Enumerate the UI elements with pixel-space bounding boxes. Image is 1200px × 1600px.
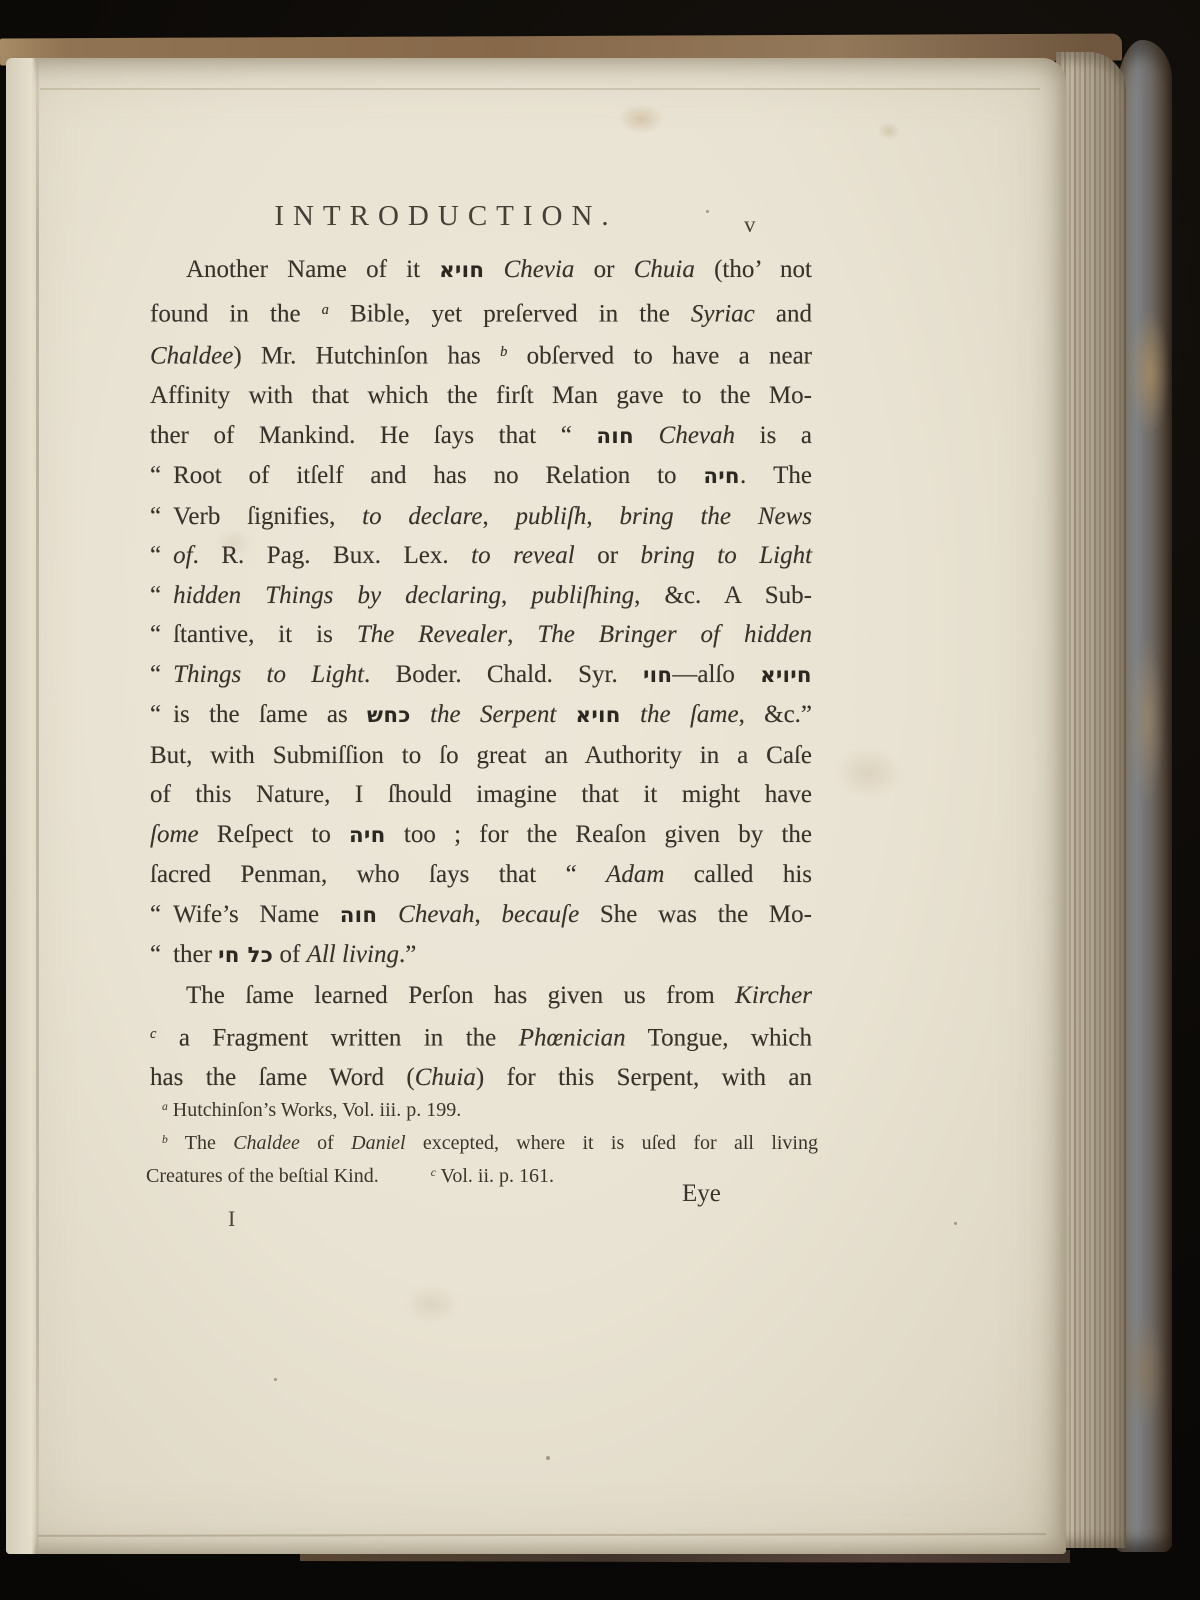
text-segment: ther of Mankind. He ſays that “ [150, 422, 596, 449]
text-segment: The ſame learned Perſon has given us fro… [186, 982, 735, 1009]
text-segment: publiſhing [531, 582, 634, 609]
paper-stain [402, 1284, 462, 1324]
text-segment [621, 701, 640, 728]
text-line: Another Name of it חויא Chevia or Chuia … [150, 250, 812, 291]
text-line: ſacred Penman, who ſays that “ Adam call… [150, 855, 812, 895]
text-segment: Things to Light [173, 661, 364, 688]
text-segment: to declare [362, 503, 482, 530]
hebrew-word: כל חי [218, 943, 273, 967]
paper-stain [878, 122, 900, 140]
text-line: “of. R. Pag. Bux. Lex. to reveal or brin… [150, 536, 812, 576]
text-segment: The Revealer [357, 621, 507, 648]
text-segment: Chevah [659, 422, 735, 449]
body-text: Another Name of it חויא Chevia or Chuia … [150, 250, 812, 1097]
text-segment: The Bringer of hidden [537, 621, 812, 648]
text-line: Affinity with that which the firſt Man g… [150, 376, 812, 416]
gutter-page-edge [6, 58, 36, 1554]
paper-speck [274, 1378, 277, 1381]
text-line: “Wife’s Name חוה Chevah, becauſe She was… [150, 895, 812, 936]
text-line: of this Nature, I ſhould imagine that it… [150, 775, 812, 815]
text-line: c a Fragment written in the Phœnician To… [150, 1015, 812, 1058]
text-segment: , [482, 503, 515, 530]
text-segment: of [173, 542, 192, 569]
text-segment: Wife’s Name [173, 901, 340, 928]
text-segment: Chevia [504, 256, 575, 283]
quote-mark: “ [150, 503, 173, 530]
text-segment: .” [399, 941, 416, 968]
text-segment: hidden Things by declaring [173, 582, 501, 609]
text-segment: obſerved to have a near [507, 343, 812, 370]
text-line: “is the ſame as כחש the Serpent חויא the… [150, 695, 812, 736]
text-segment: . R. Pag. Bux. Lex. [193, 542, 472, 569]
text-segment: Phœnician [519, 1024, 626, 1051]
quote-mark: “ [150, 941, 173, 968]
text-segment: , [475, 901, 502, 928]
text-segment: But, with Submiſſion to ſo great an Auth… [150, 742, 812, 769]
text-segment: ) for this Serpent, with an [476, 1064, 812, 1091]
page-number: v [744, 212, 756, 238]
book-page: INTRODUCTION. v Another Name of it חויא … [6, 58, 1066, 1554]
text-segment: publiſh [516, 503, 587, 530]
catchword: Eye [682, 1180, 721, 1208]
text-segment: . Boder. Chald. Syr. [364, 661, 643, 688]
text-segment: ſome [150, 821, 199, 848]
text-segment: Creatures of the beſtial Kind. [146, 1164, 379, 1186]
text-segment: Adam [606, 861, 664, 888]
text-segment: Chuia [415, 1064, 476, 1091]
footnote-section: a Hutchinſon’s Works, Vol. iii. p. 199.b… [146, 1092, 818, 1190]
text-segment: Daniel [351, 1132, 405, 1154]
text-segment: All living [307, 941, 399, 968]
text-line: found in the a Bible, yet preſerved in t… [150, 291, 812, 334]
text-segment: or [574, 256, 633, 283]
text-segment: ) Mr. Hutchinſon has [233, 343, 500, 370]
paper-speck [954, 1222, 957, 1225]
page-stack-edge [1056, 52, 1126, 1548]
quote-mark: “ [150, 582, 173, 609]
text-segment: Root of itſelf and has no Relation to [173, 462, 703, 489]
text-segment: She was the Mo- [579, 901, 812, 928]
footnote-line: a Hutchinſon’s Works, Vol. iii. p. 199. [146, 1092, 818, 1125]
text-line: “ſtantive, it is The Revealer, The Bring… [150, 615, 812, 655]
paper-stain [618, 104, 664, 134]
quote-mark: “ [150, 701, 173, 728]
text-segment: , [507, 621, 537, 648]
bottom-crease [38, 1533, 1046, 1537]
text-segment: Verb ſignifies, [173, 503, 362, 530]
text-segment: ther [173, 941, 218, 968]
top-crease [40, 88, 1040, 90]
text-line: Chaldee) Mr. Hutchinſon has b obſerved t… [150, 333, 812, 376]
text-segment: to reveal [471, 542, 575, 569]
text-segment: , &c.” [739, 701, 812, 728]
text-segment: becauſe [501, 901, 579, 928]
quote-mark: “ [150, 661, 173, 688]
text-segment: called his [664, 861, 812, 888]
text-segment: the Serpent [430, 701, 556, 728]
hebrew-word: חיה [349, 823, 386, 847]
hebrew-word: חויא [576, 703, 621, 727]
text-segment [634, 422, 659, 449]
text-segment: bring the News [619, 503, 812, 530]
hebrew-word: כחש [367, 703, 411, 727]
text-segment: The [168, 1132, 233, 1154]
text-segment: bring to Light [641, 542, 812, 569]
text-segment: or [575, 542, 641, 569]
text-segment: Chuia [634, 256, 695, 283]
quote-mark: “ [150, 462, 173, 489]
text-line: “hidden Things by declaring, publiſhing,… [150, 576, 812, 616]
text-line: “ther כל חי of All living.” [150, 935, 812, 976]
text-segment: Chaldee [150, 343, 233, 370]
text-segment: Affinity with that which the firſt Man g… [150, 382, 812, 409]
text-segment [411, 701, 430, 728]
footnote-line: b The Chaldee of Daniel excepted, where … [146, 1125, 818, 1158]
text-segment: excepted, where it is uſed for all livin… [406, 1132, 818, 1154]
text-segment: the ſame [640, 701, 738, 728]
text-segment: Vol. ii. p. 161. [436, 1164, 554, 1186]
text-segment: , [586, 503, 619, 530]
text-segment: has the ſame Word ( [150, 1064, 415, 1091]
hebrew-word: חוה [596, 424, 634, 448]
text-segment: (tho’ not [695, 256, 812, 283]
text-segment: a Fragment written in the [156, 1024, 518, 1051]
text-segment: Kircher [735, 982, 812, 1009]
text-segment: ſtantive, it is [173, 621, 357, 648]
signature-mark: I [228, 1206, 235, 1232]
text-segment [377, 901, 398, 928]
text-line: “Verb ſignifies, to declare, publiſh, br… [150, 497, 812, 537]
text-segment [484, 256, 503, 283]
text-segment: , [501, 582, 531, 609]
text-segment: Hutchinſon’s Works, Vol. iii. p. 199. [168, 1099, 461, 1121]
quote-mark: “ [150, 621, 173, 648]
text-line: ther of Mankind. He ſays that “ חוה Chev… [150, 416, 812, 457]
paper-stain [834, 746, 904, 800]
hebrew-word: חיויא [760, 663, 812, 687]
text-line: ſome Reſpect to חיה too ; for the Reaſon… [150, 815, 812, 856]
text-segment: —alſo [672, 661, 760, 688]
text-segment: . The [740, 462, 812, 489]
page-header: INTRODUCTION. v [150, 200, 812, 252]
text-segment: Chaldee [233, 1132, 300, 1154]
text-segment: of [273, 941, 306, 968]
text-segment: is the ſame as [173, 701, 367, 728]
text-segment: Reſpect to [199, 821, 350, 848]
text-segment: is a [735, 422, 812, 449]
text-segment: found in the [150, 300, 322, 327]
quote-mark: “ [150, 542, 173, 569]
page-title: INTRODUCTION. [150, 200, 742, 233]
text-segment: and [755, 300, 812, 327]
text-line: The ſame learned Perſon has given us fro… [150, 976, 812, 1016]
text-segment: ſacred Penman, who ſays that “ [150, 861, 606, 888]
book-photo: INTRODUCTION. v Another Name of it חויא … [0, 0, 1200, 1600]
text-segment: , &c. A Sub- [634, 582, 812, 609]
text-segment: too ; for the Reaſon given by the [386, 821, 812, 848]
text-segment: Tongue, which [626, 1024, 812, 1051]
text-line: But, with Submiſſion to ſo great an Auth… [150, 736, 812, 776]
text-segment: of [300, 1132, 351, 1154]
text-segment: of this Nature, I ſhould imagine that it… [150, 781, 812, 808]
hebrew-word: חויא [439, 258, 484, 282]
paper-speck [546, 1456, 550, 1460]
text-segment [556, 701, 575, 728]
quote-mark: “ [150, 901, 173, 928]
hebrew-word: חוי [643, 663, 672, 687]
text-line: “Things to Light. Boder. Chald. Syr. חוי… [150, 655, 812, 696]
text-segment: Another Name of it [186, 256, 439, 283]
text-segment: Syriac [691, 300, 755, 327]
hebrew-word: חוה [340, 903, 378, 927]
hebrew-word: חיה [703, 464, 740, 488]
text-segment: Chevah [398, 901, 474, 928]
footnote-marker: a [322, 302, 329, 318]
text-line: “Root of itſelf and has no Relation to ח… [150, 456, 812, 497]
left-crease [36, 62, 39, 1548]
text-segment: Bible, yet preſerved in the [329, 300, 691, 327]
